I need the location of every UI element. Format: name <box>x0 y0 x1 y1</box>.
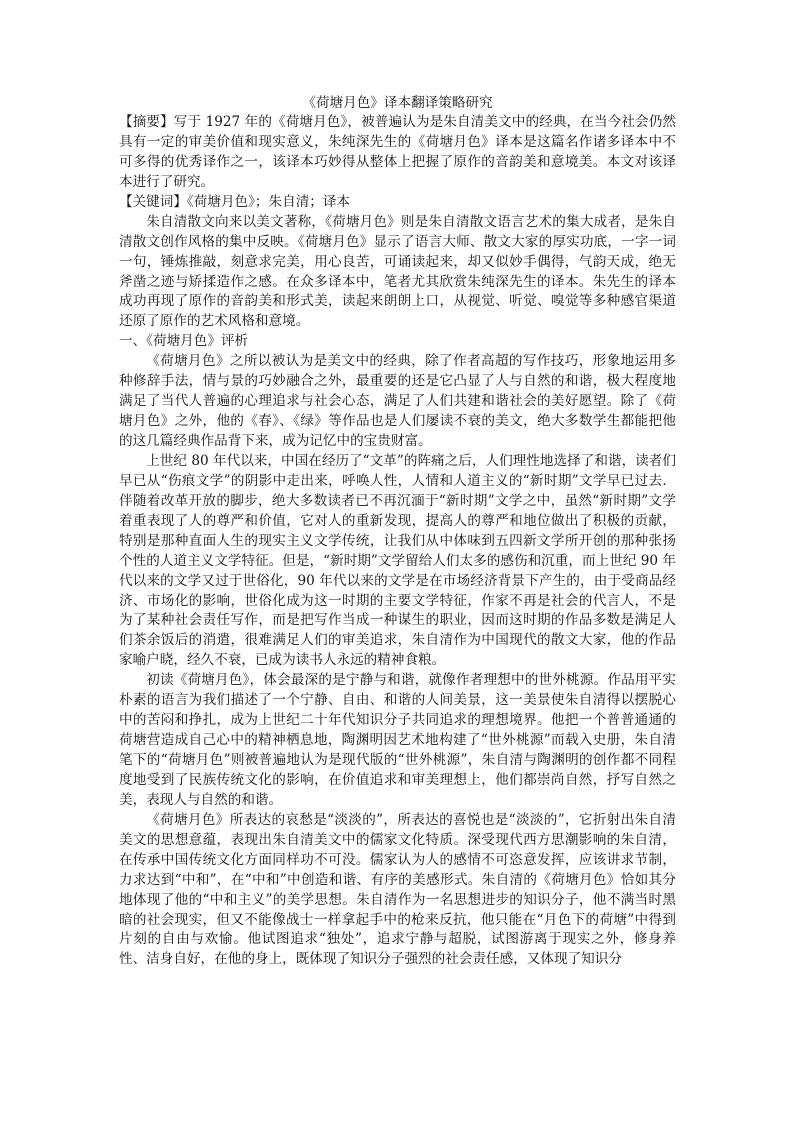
body-paragraph: 上世纪 80 年代以来，中国在经历了“文革”的阵痛之后，人们理性地选择了和谐，读… <box>119 452 676 671</box>
document-page: 《荷塘月色》译本翻译策略研究 【摘要】写于 1927 年的《荷塘月色》，被普遍认… <box>119 93 676 970</box>
abstract-label: 【摘要】 <box>119 114 174 130</box>
abstract-text: 写于 1927 年的《荷塘月色》，被普遍认为是朱自清美文中的经典，在当今社会仍然… <box>119 114 676 190</box>
keywords-text: 《荷塘月色》；朱自清；译本 <box>187 194 350 210</box>
abstract: 【摘要】写于 1927 年的《荷塘月色》，被普遍认为是朱自清美文中的经典，在当今… <box>119 113 676 193</box>
keywords-label: 【关键词】 <box>119 194 187 210</box>
intro-paragraph: 朱自清散文向来以美文著称，《荷塘月色》则是朱自清散文语言艺术的集大成者，是朱自清… <box>119 213 676 333</box>
keywords: 【关键词】《荷塘月色》；朱自清；译本 <box>119 193 676 213</box>
document-title: 《荷塘月色》译本翻译策略研究 <box>119 93 676 113</box>
body-paragraph: 《荷塘月色》所表达的哀愁是“淡淡的”，所表达的喜悦也是“淡淡的”，它折射出朱自清… <box>119 811 676 971</box>
body-paragraph: 初读《荷塘月色》，体会最深的是宁静与和谐，就像作者理想中的世外桃源。作品用平实朴… <box>119 671 676 811</box>
section-heading: 一、《荷塘月色》评析 <box>119 332 676 352</box>
body-paragraph: 《荷塘月色》之所以被认为是美文中的经典，除了作者高超的写作技巧，形象地运用多种修… <box>119 352 676 452</box>
